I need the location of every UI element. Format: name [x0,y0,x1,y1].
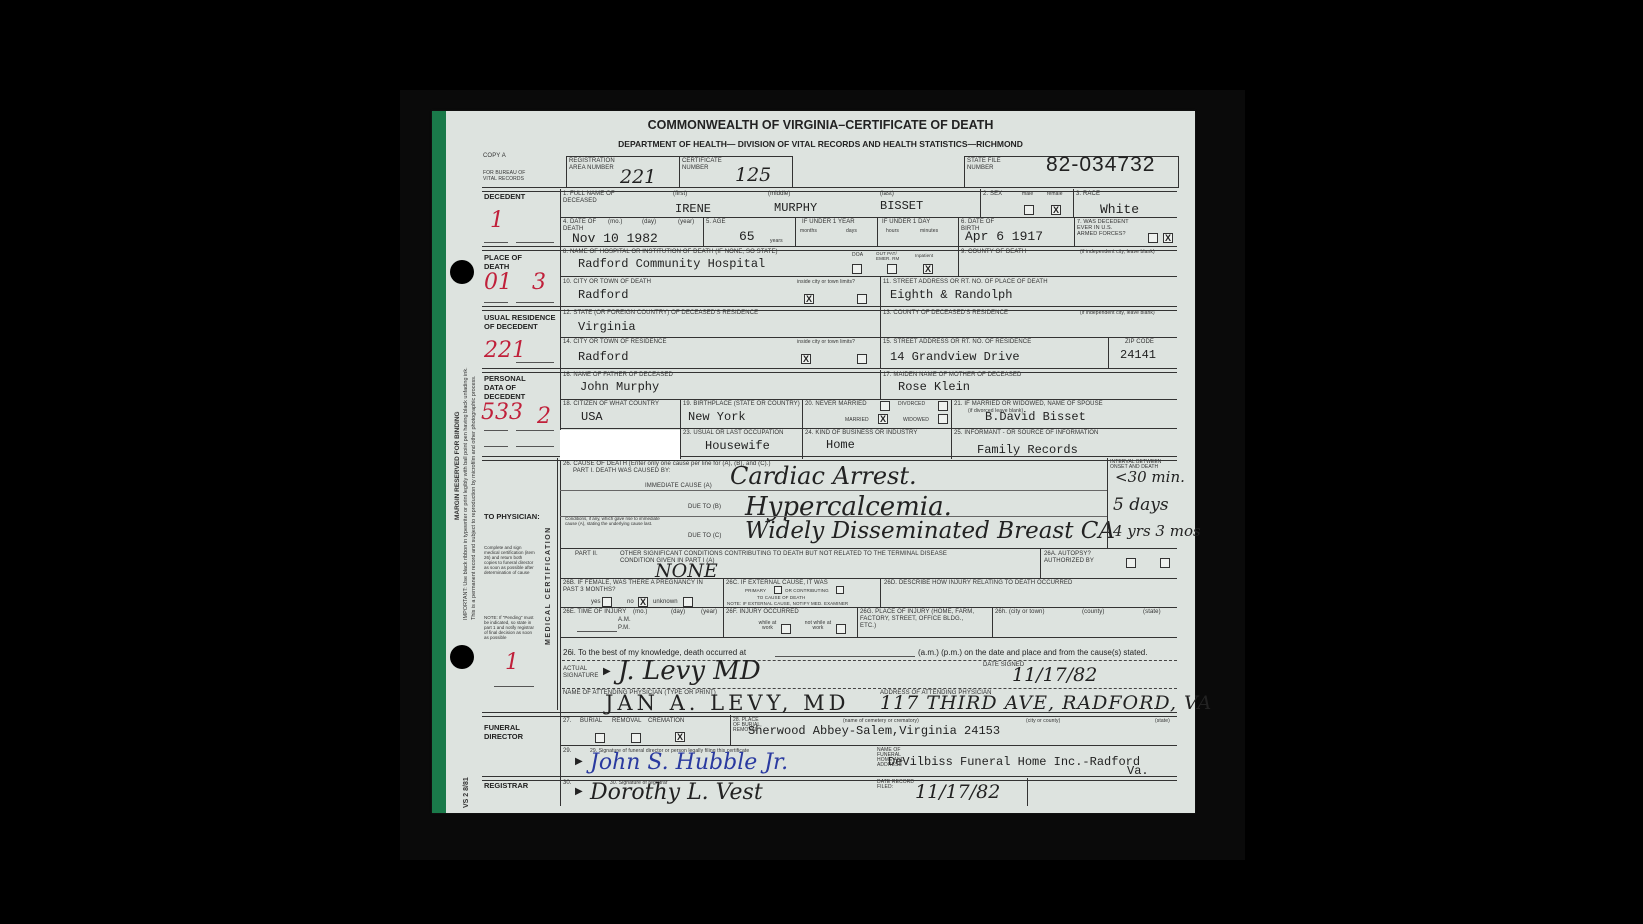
removal-checkbox[interactable] [631,733,641,743]
city-death-inside-yes-checkbox[interactable]: X [804,294,814,304]
mother-maiden-name: Rose Klein [898,380,970,394]
f17-label: 17. MAIDEN NAME OF MOTHER OF DECEASED [883,372,1021,379]
injury-mo-label: (mo.) [633,609,648,616]
f5-label: 5. AGE [706,219,726,226]
primary-checkbox[interactable] [774,586,782,594]
spouse-name: B.David Bisset [985,410,1086,424]
registrar-signature: Dorothy L. Vest [590,780,763,805]
not-while-at-work-label: not while at work [802,621,834,631]
middle-name: MURPHY [774,201,817,215]
divorced-label: DIVORCED [898,401,925,408]
burial-place: Sherwood Abbey-Salem,Virginia 24153 [748,724,1000,738]
binding-margin-title: MARGIN RESERVED FOR BINDING [454,411,461,520]
outpatient-label: OUT PAT/ Emer. Rm [876,251,906,261]
f13-label: 13. COUNTY OF DECEASED'S RESIDENCE [883,310,1008,317]
f23-label: 23. USUAL OR LAST OCCUPATION [683,430,784,437]
pregnancy-unknown-checkbox[interactable] [683,597,693,607]
certificate-label: CERTIFICATE NUMBER [682,158,732,172]
autopsy-label: 26a. AUTOPSY? AUTHORIZED BY [1044,551,1104,565]
physician-name: JAN A. LEVY, MD [605,691,849,715]
actual-signature-label: ACTUAL SIGNATURE [563,666,598,680]
binding-instruction-2: This is a permanent record and subject t… [471,375,477,620]
code-residence: 221 [484,338,526,363]
pregnancy-yes-checkbox[interactable] [602,597,612,607]
f10-label: 10. CITY OR TOWN OF DEATH [563,279,651,286]
months-label: months [800,228,817,235]
inside-limits-label-1: inside city or town limits? [797,279,855,286]
female-label: female [1047,191,1063,198]
under-1-year-label: IF UNDER 1 YEAR [802,219,855,226]
certificate-value: 125 [735,164,771,186]
f14-label: 14. CITY OR TOWN OF RESIDENCE [563,339,667,346]
birthplace: New York [688,410,746,424]
f2-label: 2. SEX [983,191,1002,198]
mo-label: (mo.) [608,219,623,226]
section-place-of-death: PLACE OF DEATH [484,253,534,271]
date-filed: 11/17/82 [915,781,1000,803]
armed-forces-no-checkbox[interactable]: X [1163,233,1173,243]
burial-checkbox[interactable] [595,733,605,743]
injury-county-label: (county) [1082,609,1104,616]
cremation-label: CREMATION [648,718,684,725]
medical-certification-label: MEDICAL CERTIFICATION [545,526,552,645]
not-while-at-work-checkbox[interactable] [836,624,846,634]
divorced-checkbox[interactable] [938,401,948,411]
city-of-death: Radford [578,288,628,302]
while-at-work-checkbox[interactable] [781,624,791,634]
male-label: male [1022,191,1033,198]
physician-address: 117 THIRD AVE, RADFORD, VA [880,692,1212,714]
pregnancy-no-checkbox[interactable]: X [638,597,648,607]
minutes-label: minutes [920,228,938,235]
cremation-checkbox[interactable]: X [675,732,685,742]
f8-label: 8. NAME OF HOSPITAL OR INSTITUTION OF DE… [563,249,778,256]
due-to-c-label: DUE TO (C) [688,533,721,540]
contributing-checkbox[interactable] [836,586,844,594]
f16-label: 16. NAME OF FATHER OF DECEASED [563,372,673,379]
f15-label: 15. STREET ADDRESS OR RT. NO. OF RESIDEN… [883,339,1031,346]
immediate-cause-label: IMMEDIATE CAUSE (A) [645,483,712,490]
never-married-label: 20. NEVER MARRIED [805,401,867,408]
race: White [1100,202,1139,217]
notify-me-label: NOTE: IF EXTERNAL CAUSE, NOTIFY MED. EXA… [727,600,848,607]
interval-a: <30 min. [1115,468,1185,486]
f30-number: 30. [563,780,572,787]
days-label: days [846,228,857,235]
f3-label: 3. RACE [1076,191,1100,198]
interval-c: 4 yrs 3 mos [1113,522,1201,540]
signature-arrow-icon: ▶ [603,666,611,677]
pregnancy-unknown-label: unknown [653,599,678,606]
industry: Home [826,438,855,452]
f26i-tail: (a.m.) (p.m.) on the date and place and … [918,648,1147,657]
pending-note: NOTE: If "Pending" must be indicated, so… [484,615,536,640]
burial-label: BURIAL [580,718,602,725]
independent-city-label-1: (if independent city, leave blank) [1080,249,1155,256]
f11-label: 11. STREET ADDRESS OR RT. NO. OF PLACE O… [883,279,1048,286]
armed-forces-yes-checkbox[interactable] [1148,233,1158,243]
city-death-inside-no-checkbox[interactable] [857,294,867,304]
widowed-checkbox[interactable] [938,414,948,424]
middle-name-label: (middle) [768,191,790,198]
last-name: BISSET [880,199,923,213]
section-funeral-director: FUNERAL DIRECTOR [484,723,544,741]
section-to-physician: TO PHYSICIAN: [484,512,544,521]
f25-label: 25. INFORMANT - OR SOURCE OF INFORMATION [954,430,1098,437]
section-registrar: REGISTRAR [484,781,528,790]
city-res-inside-yes-checkbox[interactable]: X [801,354,811,364]
date-of-death: Nov 10 1982 [572,231,658,246]
f26g-label: 26g. PLACE OF INJURY (home, farm, factor… [860,609,980,630]
certificate-subtitle: DEPARTMENT OF HEALTH— DIVISION OF VITAL … [446,139,1195,149]
inpatient-label: Inpatient [915,252,933,259]
cause-c: Widely Disseminated Breast CA [745,518,1115,544]
section-personal-data: PERSONAL DATA OF DECEDENT [484,374,544,401]
street-of-death: Eighth & Randolph [890,288,1012,302]
year-label: (year) [678,219,694,226]
code-decedent: 1 [490,208,504,233]
pregnancy-no-label: no [627,599,634,606]
f26d-label: 26d. DESCRIBE HOW INJURY RELATING TO DEA… [884,580,1072,587]
hours-label: hours [886,228,899,235]
injury-year-label: (year) [701,609,717,616]
am-label: A.M. [618,617,631,624]
street-of-residence: 14 Grandview Drive [890,350,1020,364]
date-of-birth: Apr 6 1917 [965,229,1043,244]
part2-label: PART II. [575,551,598,558]
part1-label: PART I. DEATH WAS CAUSED BY: [573,468,671,475]
state-file-number: 82-034732 [1046,153,1155,177]
funeral-director-signature: John S. Hubble Jr. [590,750,788,775]
code-personal-a: 533 [481,400,523,425]
ssn-redacted [560,430,680,460]
copy-label: COPY A [483,153,506,160]
sex-male-checkbox[interactable] [1024,205,1034,215]
pm-label: P.M. [618,625,630,632]
cause-a: Cardiac Arrest. [730,462,917,490]
f21-label: 21. IF MARRIED OR WIDOWED, NAME OF SPOUS… [954,401,1103,408]
day-label: (day) [642,219,656,226]
state-file-label: STATE FILE NUMBER [967,158,1007,172]
informant: Family Records [977,443,1078,457]
doa-label: DOA [852,252,863,259]
widowed-label: WIDOWED [903,417,929,424]
inpatient-checkbox[interactable]: X [923,264,933,274]
contributing-label: or CONTRIBUTING [785,587,829,594]
f18-label: 18. CITIZEN OF WHAT COUNTRY [563,401,659,408]
inside-limits-label-2: inside city or town limits? [797,339,855,346]
section-usual-residence: USUAL RESIDENCE OF DECEDENT [484,313,559,331]
never-married-checkbox[interactable] [880,401,890,411]
injury-day-label: (day) [671,609,685,616]
married-label: MARRIED [845,417,869,424]
state-of-residence: Virginia [578,320,636,334]
zip-code: 24141 [1120,348,1156,362]
director-signature-arrow-icon: ▶ [575,756,583,767]
copy-sub: FOR BUREAU OF VITAL RECORDS [483,170,533,182]
form-code: VS 2 8/81 [463,777,470,808]
while-at-work-label: while at work [755,621,780,631]
binding-strip [432,111,446,813]
years-label: years [770,238,783,245]
burial-city-label: (city or county) [1026,718,1060,725]
primary-label: PRIMARY [745,587,766,594]
injury-state-label: (state) [1143,609,1161,616]
independent-city-label-2: (if independent city, leave blank) [1080,310,1155,317]
code-place-a: 01 [484,270,512,295]
punch-hole-bottom [450,645,474,669]
f1-label: 1. FULL NAME OF DECEASED [563,191,618,205]
conditions-note: Conditions, if any, which gave rise to i… [565,516,665,526]
father-name: John Murphy [580,380,659,394]
age: 65 [739,229,755,244]
last-name-label: (last) [880,191,894,198]
binding-instruction-1: IMPORTANT: Use black ribbon in typewrite… [463,367,469,620]
f26h-label: 26h. (city or town) [995,609,1045,616]
f19-label: 19. BIRTHPLACE (state or country) [683,401,800,408]
physician-signature: J. Levy MD [618,656,761,686]
under-1-day-label: IF UNDER 1 DAY [882,219,930,226]
zip-label: ZIP CODE [1125,339,1154,346]
autopsy-no-checkbox[interactable] [1160,558,1170,568]
sex-female-checkbox[interactable]: X [1051,205,1061,215]
autopsy-yes-checkbox[interactable] [1126,558,1136,568]
first-name: IRENE [675,202,711,216]
outpatient-checkbox[interactable] [887,264,897,274]
married-checkbox[interactable]: X [878,414,888,424]
hospital-name: Radford Community Hospital [578,257,765,271]
city-of-residence: Radford [578,350,628,364]
f12-label: 12. STATE (OR FOREIGN COUNTRY) OF DECEAS… [563,310,758,317]
first-name-label: (first) [673,191,687,198]
registration-value: 221 [620,166,656,188]
doa-checkbox[interactable] [852,264,862,274]
citizenship: USA [581,410,603,424]
funeral-home-state: Va. [1127,764,1149,778]
pregnancy-yes-label: yes [591,599,601,606]
date-filed-label: DATE RECORD FILED: [877,780,917,790]
physician-note: Complete and sign medical certification … [484,545,536,575]
registrar-signature-arrow-icon: ▶ [575,786,583,797]
punch-hole-top [450,260,474,284]
f27-label: 27. [563,718,572,725]
f24-label: 24. KIND OF BUSINESS OR INDUSTRY [805,430,917,437]
f26b-label: 26b. IF FEMALE, WAS THERE A PREGNANCY IN… [563,580,713,594]
f9-label: 9. COUNTY OF DEATH [961,249,1026,256]
date-signed: 11/17/82 [1012,664,1097,686]
f7-label: 7. WAS DECEDENT EVER IN U.S. ARMED FORCE… [1077,219,1132,237]
interval-b: 5 days [1113,495,1169,515]
occupation: Housewife [705,439,770,453]
code-personal-b: 2 [537,404,551,429]
funeral-home: DeVilbiss Funeral Home Inc.-Radford [888,755,1140,769]
code-place-b: 3 [532,270,546,295]
due-to-b-label: DUE TO (B) [688,504,721,511]
removal-label: REMOVAL [612,718,642,725]
code-physician: 1 [505,650,519,675]
city-res-inside-no-checkbox[interactable] [857,354,867,364]
certificate-title: COMMONWEALTH OF VIRGINIA–CERTIFICATE OF … [446,118,1195,132]
f26f-label: 26f. INJURY OCCURRED [726,609,799,616]
section-decedent: DECEDENT [484,192,525,201]
f26e-label: 26e. TIME OF INJURY [563,609,626,616]
f29-number: 29. [563,748,572,755]
burial-state-label: (state) [1155,718,1170,725]
